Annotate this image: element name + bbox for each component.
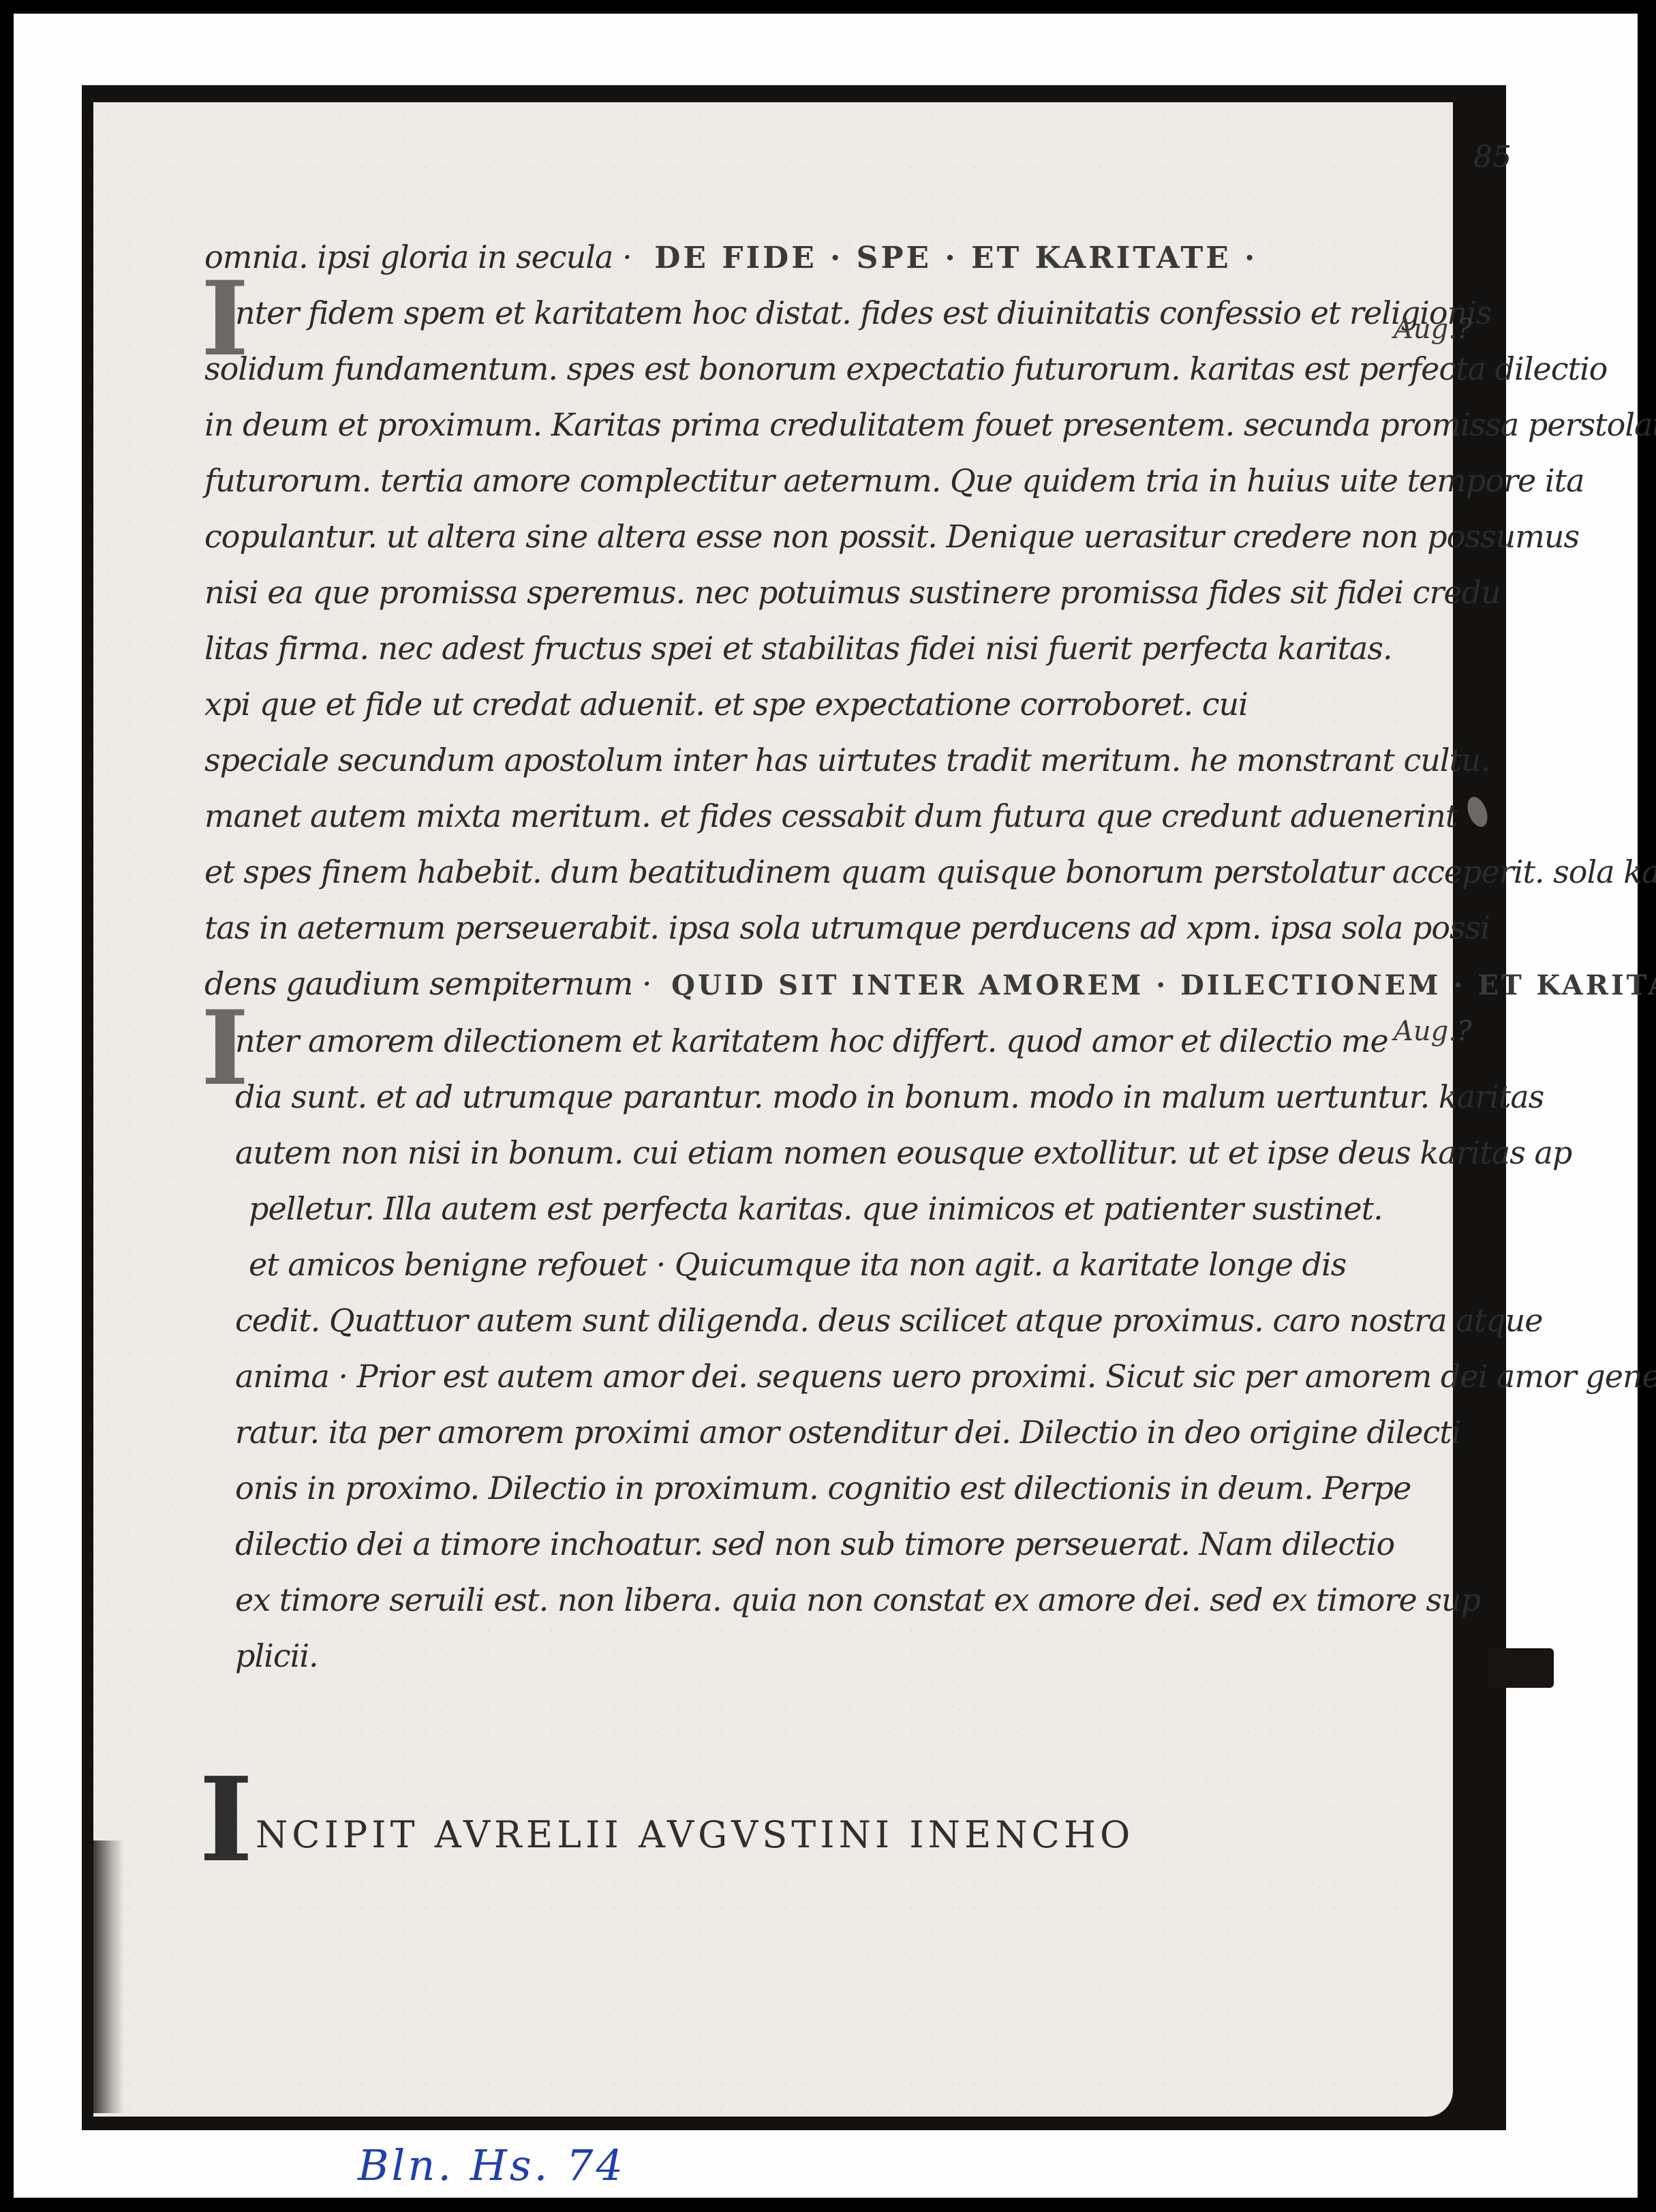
margin-note-aug-2: Aug.? — [1394, 1016, 1471, 1047]
text-line: solidum fundamentum. spes est bonorum ex… — [204, 350, 1607, 387]
text-line: in deum et proximum. Karitas prima credu… — [204, 406, 1656, 443]
text-line: cedit. Quattuor autem sunt diligenda. de… — [235, 1302, 1542, 1339]
text-line: ratur. ita per amorem proximi amor osten… — [235, 1414, 1460, 1451]
text-line-with-rubric: dens gaudium sempiternum · Quid sit inte… — [204, 965, 1656, 1002]
rubric-de-fide: De fide · spe · et karitate · — [654, 241, 1257, 275]
incipit-heading: NCIPIT AVRELII AVGVSTINI INENCHO — [256, 1813, 1134, 1856]
text-line: copulantur. ut altera sine altera esse n… — [204, 518, 1579, 555]
text-line: tas in aeternum perseuerabit. ipsa sola … — [204, 909, 1490, 946]
text-line: dilectio dei a timore inchoatur. sed non… — [235, 1526, 1394, 1562]
folio-number: 85 — [1473, 140, 1512, 175]
text-line: onis in proximo. Dilectio in proximum. c… — [235, 1470, 1411, 1506]
text-line: litas firma. nec adest fructus spei et s… — [204, 630, 1392, 667]
margin-note-aug-1: Aug.? — [1394, 314, 1471, 345]
text-line: dens gaudium sempiternum · — [204, 965, 651, 1002]
text-line: nter amorem dilectionem et karitatem hoc… — [235, 1022, 1388, 1059]
text-line: nter fidem spem et karitatem hoc distat.… — [235, 294, 1491, 331]
text-line: ex timore seruili est. non libera. quia … — [235, 1581, 1480, 1618]
first-line: omnia. ipsi gloria in secula · De fide ·… — [204, 239, 1257, 275]
text-line: futurorum. tertia amore complectitur aet… — [204, 462, 1584, 499]
text-line: dia sunt. et ad utrumque parantur. modo … — [235, 1078, 1544, 1115]
text-line: pelletur. Illa autem est perfecta karita… — [249, 1190, 1383, 1227]
text-line: plicii. — [235, 1637, 318, 1674]
binding-edge — [93, 1840, 124, 2113]
initial-i-incipit: I — [199, 1752, 254, 1888]
text-line: anima · Prior est autem amor dei. sequen… — [235, 1358, 1656, 1395]
text-line: manet autem mixta meritum. et fides cess… — [204, 798, 1457, 834]
text-line: et amicos benigne refouet · Quicumque it… — [249, 1246, 1346, 1283]
text-line: speciale secundum apostolum inter has ui… — [204, 742, 1490, 778]
rubric-quid-sit: Quid sit inter amorem · dilectionem · et… — [671, 969, 1656, 1001]
shelfmark-label: Bln. Hs. 74 — [358, 2140, 626, 2190]
first-line-prefix: omnia. ipsi gloria in secula · — [204, 239, 632, 275]
text-line: xpi que et fide ut credat aduenit. et sp… — [204, 686, 1248, 723]
text-line: nisi ea que promissa speremus. nec potui… — [204, 574, 1501, 611]
page-tab-marker — [1488, 1648, 1554, 1688]
text-line: et spes finem habebit. dum beatitudinem … — [204, 853, 1656, 890]
text-line: autem non nisi in bonum. cui etiam nomen… — [235, 1134, 1571, 1171]
